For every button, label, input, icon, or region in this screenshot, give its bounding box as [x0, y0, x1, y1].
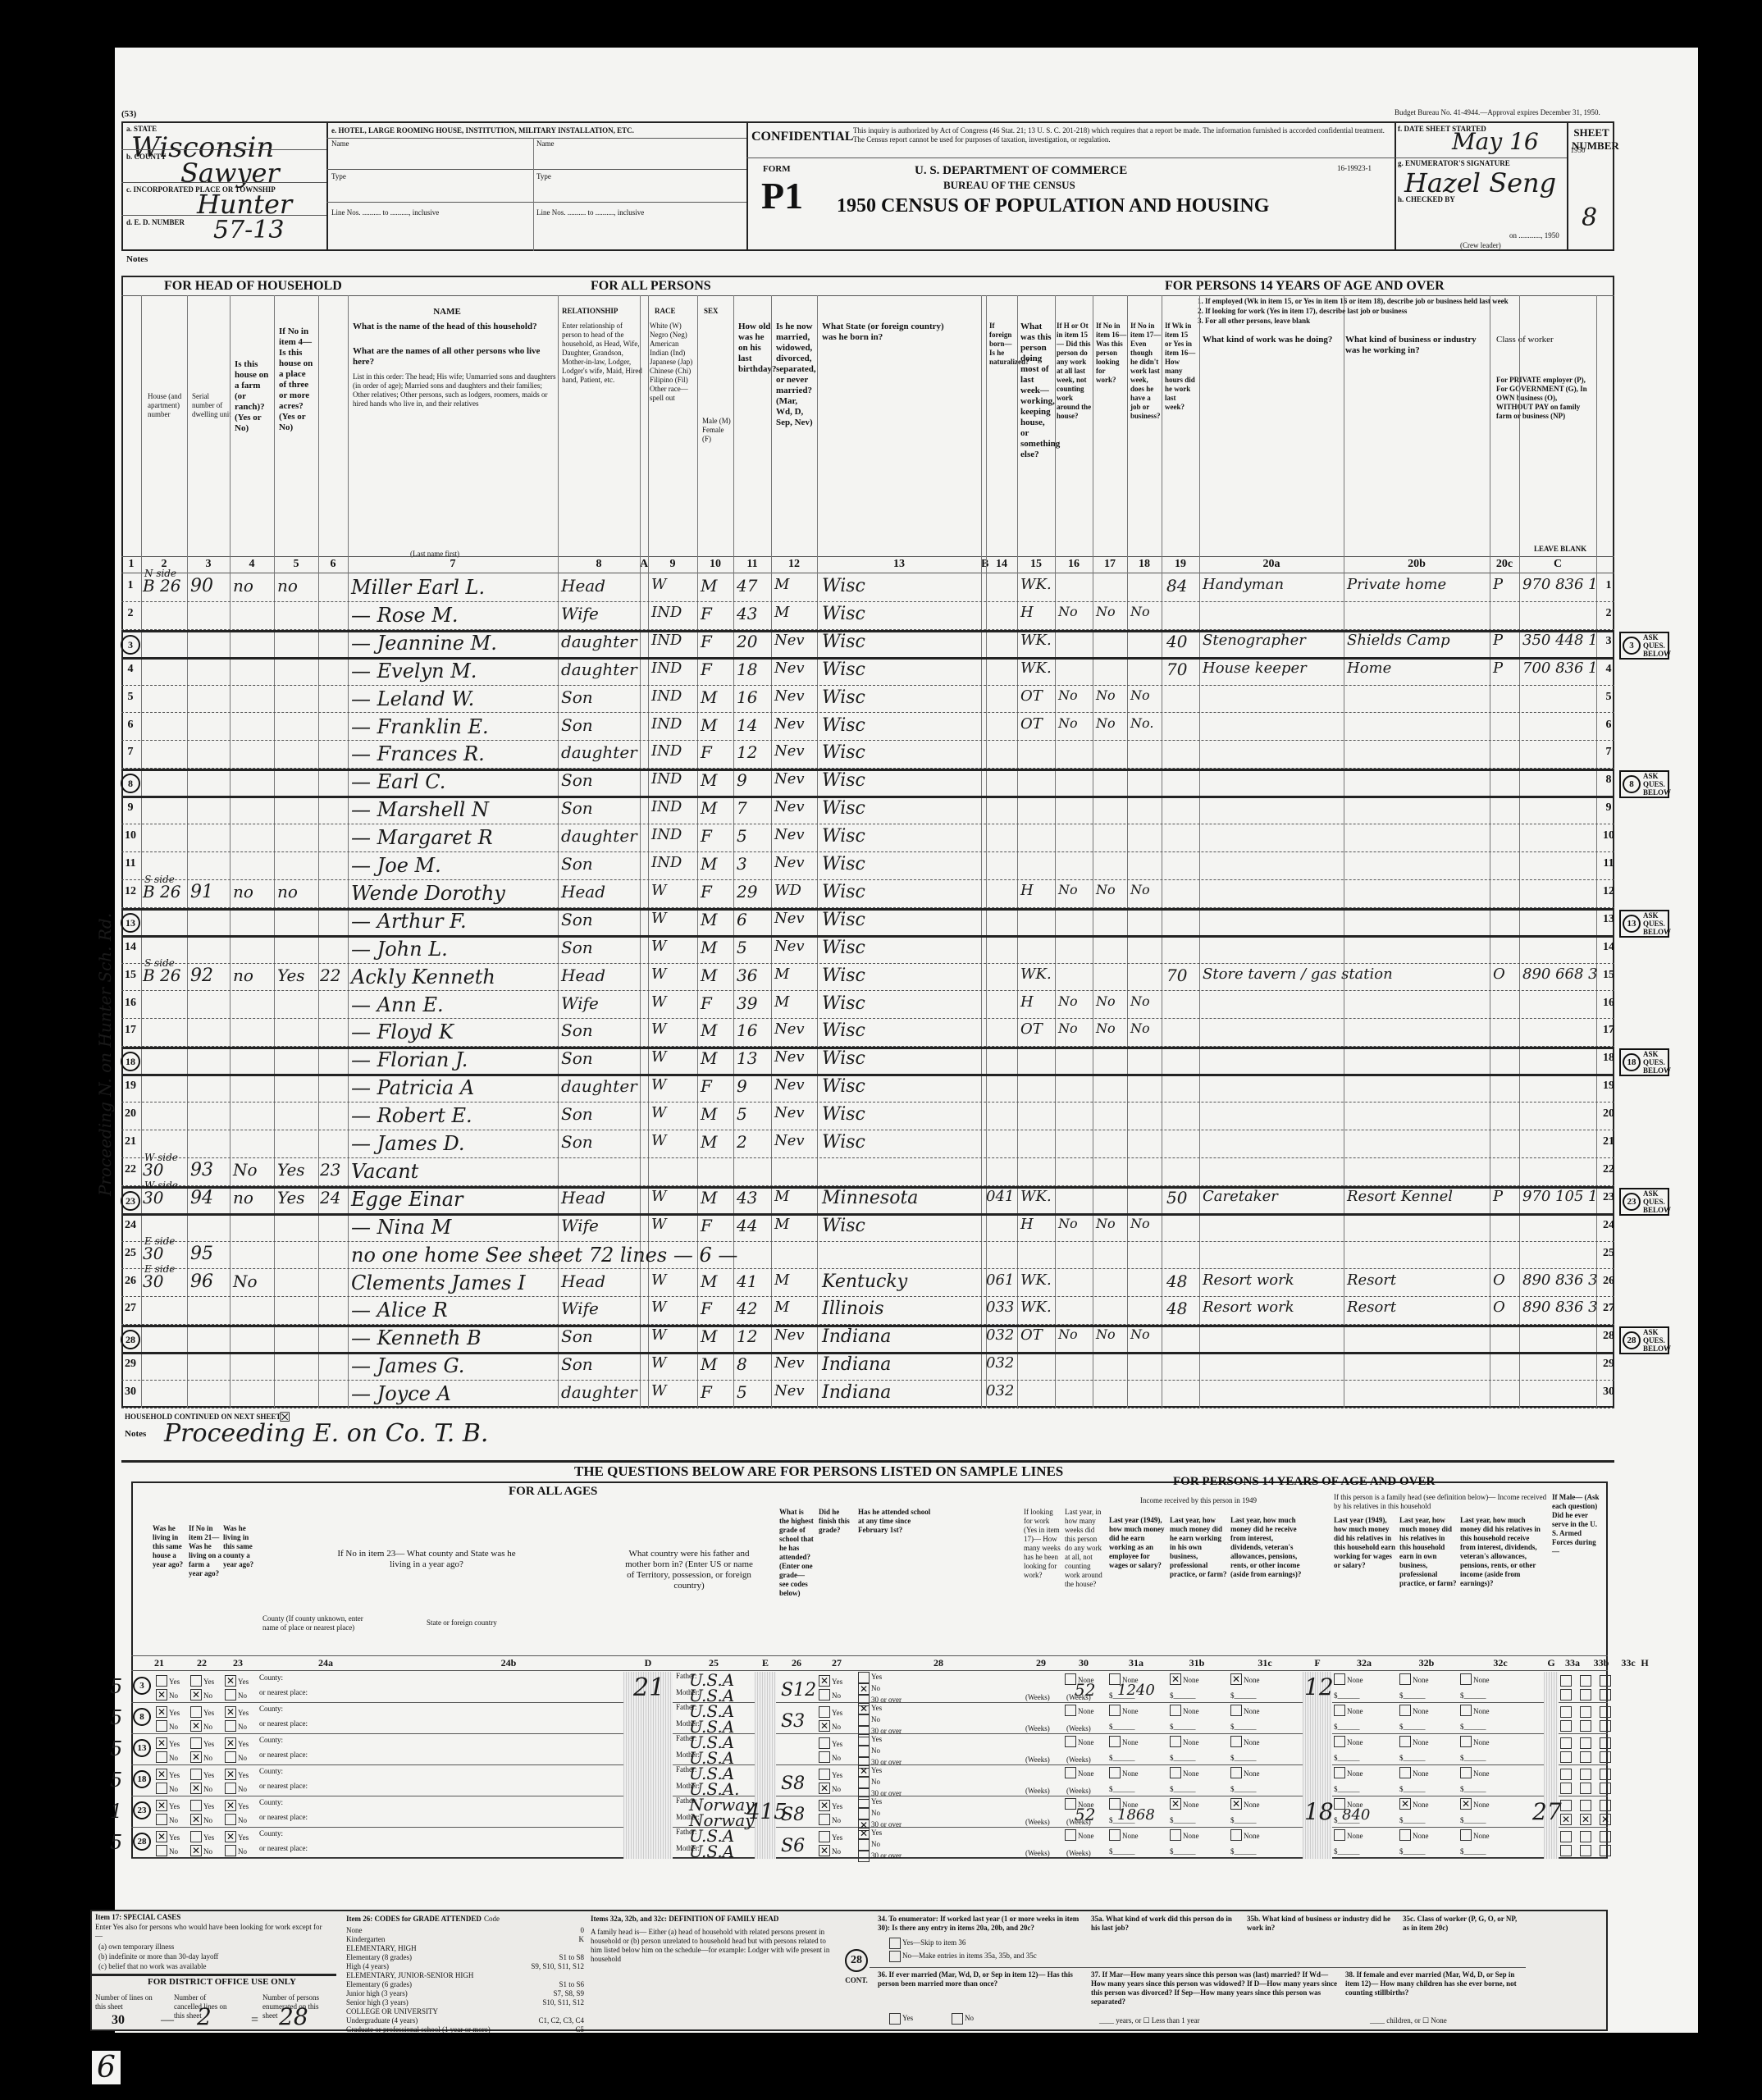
q21-yes[interactable]: ✕Yes — [156, 1798, 180, 1812]
cell-marital: Nev — [774, 632, 805, 649]
q23-checkboxes: ✕YesNo — [225, 1705, 252, 1732]
c32b-none-checkbox[interactable]: None — [1399, 1765, 1429, 1779]
c31a-none-checkbox[interactable]: None — [1109, 1734, 1139, 1748]
cell-marital: Nev — [774, 1354, 805, 1372]
q30-none[interactable]: None — [1065, 1734, 1098, 1749]
q22-no[interactable]: ✕No — [190, 1781, 212, 1795]
q30-none[interactable]: None — [1065, 1765, 1098, 1780]
nearest-place-label: or nearest place: — [259, 1688, 308, 1697]
cell-age: 5 — [737, 1382, 747, 1402]
cell-occ: Resort work — [1203, 1299, 1294, 1316]
q27-checkboxes: YesNo — [819, 1736, 846, 1764]
c31b-none[interactable]: None — [1170, 1703, 1203, 1718]
q30-none-checkbox[interactable]: None — [1065, 1765, 1094, 1779]
c31a-none-checkbox[interactable]: None — [1109, 1765, 1139, 1779]
q22-yes[interactable]: Yes — [190, 1767, 214, 1781]
c32b-none-checkbox[interactable]: None — [1399, 1734, 1429, 1748]
cell-q16: No — [1058, 687, 1078, 703]
c31b-none[interactable]: None — [1170, 1828, 1203, 1842]
grade-code-row: Elementary (6 grades)S1 to S6 — [346, 1980, 584, 1989]
q22-no[interactable]: ✕No — [190, 1719, 212, 1732]
c31b-none[interactable]: ✕None — [1170, 1672, 1203, 1687]
cell-sex: F — [701, 826, 712, 846]
cell-q15: WK. — [1020, 1188, 1052, 1205]
c32c-none[interactable]: None — [1460, 1734, 1493, 1749]
c32b-none[interactable]: None — [1399, 1703, 1432, 1718]
line-number: 18 — [120, 1052, 141, 1071]
q28-no[interactable]: No — [858, 1840, 880, 1848]
cell-age: 9 — [737, 1076, 747, 1096]
c31c-none[interactable]: None — [1230, 1734, 1263, 1749]
district-equals: = — [251, 2013, 258, 2028]
c32a-none[interactable]: None — [1334, 1828, 1367, 1842]
cell-rel: daughter — [561, 1382, 637, 1402]
line-number: 21 — [120, 1135, 141, 1148]
q34-yes-checkbox[interactable] — [889, 1938, 901, 1949]
c33b-no[interactable]: ✕ — [1580, 1815, 1593, 1823]
c33c-no[interactable]: ✕ — [1600, 1815, 1613, 1823]
c31a-none[interactable]: None — [1109, 1734, 1142, 1749]
c32c-none[interactable]: None — [1460, 1765, 1493, 1780]
c32c-none[interactable]: ✕None — [1460, 1796, 1493, 1811]
q28-yes[interactable]: ✕Yes — [858, 1828, 882, 1837]
line-number: 3 — [120, 635, 141, 655]
c32a-none[interactable]: None — [1334, 1703, 1367, 1718]
leave-blank-f — [1303, 1765, 1332, 1796]
line-number: 7 — [120, 746, 141, 759]
c33a-checkboxes — [1560, 1736, 1577, 1764]
c33b-yes[interactable] — [1580, 1833, 1593, 1840]
c32b-dollar: $______ — [1399, 1785, 1426, 1794]
cell-cls: P — [1493, 660, 1503, 677]
cell-acres: no — [277, 576, 298, 596]
c33a-no[interactable] — [1560, 1847, 1573, 1854]
sample-col-24a: County (If county unknown, enter name of… — [262, 1614, 377, 1632]
q21-checkboxes: Yes✕No — [156, 1673, 183, 1701]
c32a-none-checkbox[interactable]: None — [1334, 1765, 1363, 1779]
c32c-dollar: $______ — [1460, 1691, 1486, 1701]
cell-code: 890 836 3 — [1522, 1299, 1598, 1316]
q21-no[interactable]: No — [156, 1781, 178, 1795]
cell-marital: Nev — [774, 910, 805, 927]
q21-no[interactable]: No — [156, 1843, 178, 1857]
grade-code-label: None — [346, 1926, 363, 1935]
q23-no[interactable]: No — [225, 1687, 247, 1701]
leave-blank-e — [755, 1765, 776, 1796]
q23-no[interactable]: No — [225, 1781, 247, 1795]
col-marital: Is he now married, widowed, divorced, se… — [776, 322, 815, 428]
c31a-none-checkbox[interactable]: None — [1109, 1703, 1139, 1717]
q28-no[interactable]: No — [858, 1778, 880, 1786]
q23-yes[interactable]: ✕Yes — [225, 1705, 249, 1719]
cell-race: W — [651, 1382, 667, 1399]
c33b-yes[interactable] — [1580, 1677, 1593, 1684]
cell-age: 47 — [737, 576, 757, 596]
c31c-dollar: $______ — [1230, 1754, 1257, 1763]
cell-marital: Nev — [774, 715, 805, 733]
c33a-yes[interactable] — [1560, 1708, 1573, 1715]
c31b-none[interactable]: ✕None — [1170, 1796, 1203, 1811]
cell-ind: Resort — [1347, 1271, 1396, 1289]
c32c-none-checkbox[interactable]: None — [1460, 1672, 1490, 1686]
c32c-none-checkbox[interactable]: None — [1460, 1734, 1490, 1748]
c32a-none[interactable]: None — [1334, 1765, 1367, 1780]
q34-no-checkbox[interactable] — [889, 1951, 901, 1962]
q21-yes[interactable]: ✕Yes — [156, 1767, 180, 1781]
c33a-yes[interactable] — [1560, 1677, 1573, 1684]
c31b-none-checkbox[interactable]: ✕None — [1170, 1672, 1199, 1686]
q22-no[interactable]: ✕No — [190, 1687, 212, 1701]
table-row: 2525E side3095no one home See sheet 72 l… — [115, 1242, 1616, 1270]
family-head-text: A family head is— Either (a) head of hou… — [591, 1928, 837, 1964]
c33c-yes[interactable] — [1600, 1677, 1613, 1684]
q28-yes[interactable]: ✕Yes — [858, 1766, 882, 1774]
weeks-worked-label: (Weeks) — [1066, 1818, 1091, 1827]
c33c-no[interactable] — [1600, 1722, 1613, 1729]
c31b-none-checkbox[interactable]: None — [1170, 1765, 1199, 1779]
cell-q16: No — [1058, 882, 1078, 897]
bureau: BUREAU OF THE CENSUS — [943, 179, 1075, 192]
q36-yes[interactable]: Yes — [889, 2013, 913, 2025]
cell-q15: OT — [1020, 687, 1043, 705]
q23-checkboxes: ✕YesNo — [225, 1829, 252, 1857]
weeks-worked-label: (Weeks) — [1066, 1755, 1091, 1764]
q27-yes[interactable]: Yes — [819, 1736, 842, 1750]
q38-text: 38. If female and ever married (Mar, Wd,… — [1345, 1970, 1518, 1997]
c31c-none[interactable]: ✕None — [1230, 1796, 1263, 1811]
q36-yes-checkbox[interactable] — [889, 2013, 901, 2025]
c32c-none[interactable]: None — [1460, 1828, 1493, 1842]
c33c-yes[interactable] — [1600, 1739, 1613, 1746]
q34-yes[interactable]: Yes—Skip to item 36 — [889, 1938, 965, 1949]
cell-age: 16 — [737, 687, 757, 707]
cell-code: 970 836 1 — [1522, 576, 1598, 593]
c33a-checkboxes — [1560, 1767, 1577, 1795]
c32c-dollar: $______ — [1460, 1754, 1486, 1763]
q27-yes[interactable]: Yes — [819, 1829, 842, 1843]
cell-birthplace: Wisc — [822, 826, 865, 847]
c32a-none-checkbox[interactable]: None — [1334, 1734, 1363, 1748]
c31b-none-checkbox[interactable]: ✕None — [1170, 1796, 1199, 1810]
q27-no[interactable]: ✕No — [819, 1843, 841, 1857]
c33c-checkboxes — [1600, 1673, 1616, 1701]
cell-age: 6 — [737, 910, 747, 929]
c31c-none[interactable]: ✕None — [1230, 1672, 1263, 1687]
q21-yes[interactable]: ✕Yes — [156, 1736, 180, 1750]
sample-row: 123✕YesNoYes✕No✕YesNoCounty:or nearest p… — [115, 1796, 1616, 1828]
cell-sex: F — [701, 632, 712, 651]
c32a-none[interactable]: None — [1334, 1672, 1367, 1687]
c32b-none[interactable]: None — [1399, 1734, 1432, 1749]
q27-no[interactable]: ✕No — [819, 1781, 841, 1795]
c33b-no[interactable] — [1580, 1691, 1593, 1698]
highest-grade: S3 — [781, 1711, 805, 1732]
q22-yes[interactable]: Yes — [190, 1798, 214, 1812]
ask-questions-marker: 18ASK QUES. BELOW — [1619, 1048, 1669, 1076]
c31c-none-checkbox[interactable]: None — [1230, 1765, 1260, 1779]
q23-no[interactable]: No — [225, 1843, 247, 1857]
c33b-yes[interactable] — [1580, 1801, 1593, 1809]
q30-none-checkbox[interactable]: None — [1065, 1734, 1094, 1748]
c33a-yes[interactable] — [1560, 1770, 1573, 1778]
c32b-none[interactable]: None — [1399, 1672, 1432, 1687]
q23-no[interactable]: No — [225, 1750, 247, 1764]
c33a-no[interactable]: ✕ — [1560, 1815, 1573, 1823]
cell-q18: No — [1130, 687, 1150, 703]
cell-rel: Head — [561, 966, 605, 985]
q28-no[interactable]: ✕No — [858, 1684, 880, 1692]
q37-answer[interactable]: ____ years, or ☐ Less than 1 year — [1099, 2016, 1200, 2025]
c33b-yes[interactable] — [1580, 1708, 1593, 1715]
cell-birthplace: Wisc — [822, 1132, 865, 1153]
cell-marital: Nev — [774, 1020, 805, 1038]
sample-column-number: 21 — [135, 1657, 184, 1669]
q36-no[interactable]: No — [952, 2013, 974, 2025]
c32b-none-checkbox[interactable]: ✕None — [1399, 1796, 1429, 1810]
sample-col-24: If No in item 23— What county and State … — [328, 1549, 525, 1570]
c32c-none[interactable]: None — [1460, 1672, 1493, 1687]
q28-yes[interactable]: Yes — [858, 1797, 882, 1806]
c31c-none-checkbox[interactable]: None — [1230, 1828, 1260, 1842]
q23-no[interactable]: No — [225, 1719, 247, 1732]
cell-code: 970 105 1 — [1522, 1188, 1598, 1205]
q34-no[interactable]: No—Make entries in items 35a, 35b, and 3… — [889, 1951, 1037, 1962]
c32b-none-checkbox[interactable]: None — [1399, 1703, 1429, 1717]
cell-sex: M — [701, 1048, 717, 1068]
q28-yes[interactable]: ✕Yes — [858, 1704, 882, 1712]
c31b-dollar: $______ — [1170, 1847, 1196, 1856]
c32c-none-checkbox[interactable]: None — [1460, 1765, 1490, 1779]
c33c-no[interactable] — [1600, 1691, 1613, 1698]
c32b-none[interactable]: None — [1399, 1828, 1432, 1842]
column-number: 9 — [648, 558, 697, 571]
c33b-yes[interactable] — [1580, 1739, 1593, 1746]
c31a-none[interactable]: None — [1109, 1828, 1142, 1842]
q28-30-or-over[interactable]: 30 or over — [858, 1851, 902, 1860]
c33a-no[interactable] — [1560, 1784, 1573, 1792]
q30-none[interactable]: None — [1065, 1828, 1098, 1842]
cell-nat: 033 — [986, 1299, 1014, 1316]
c32b-none[interactable]: ✕None — [1399, 1796, 1432, 1811]
work-instruction-1: 1. If employed (Wk in item 15, or Yes in… — [1198, 297, 1509, 306]
q23-yes[interactable]: ✕Yes — [225, 1767, 249, 1781]
c33c-yes[interactable] — [1600, 1833, 1613, 1840]
cell-race: W — [651, 1271, 667, 1289]
table-row: 99— Marshell NSonINDM7NevWisc — [115, 797, 1616, 824]
c31a-dollar: $______ — [1109, 1785, 1135, 1794]
grade-code-row: Graduate or professional school (1 year … — [346, 2025, 584, 2034]
q23-yes[interactable]: ✕Yes — [225, 1673, 249, 1687]
column-number: 20a — [1199, 558, 1344, 571]
c32a-none-checkbox[interactable]: None — [1334, 1828, 1363, 1842]
q22-no[interactable]: ✕No — [190, 1843, 212, 1857]
c33a-no[interactable] — [1560, 1691, 1573, 1698]
column-number: 15 — [1017, 558, 1055, 571]
c32c-none[interactable]: None — [1460, 1703, 1493, 1718]
c33c-no[interactable] — [1600, 1753, 1613, 1760]
c32b-dollar: $______ — [1399, 1816, 1426, 1825]
c31c-none[interactable]: None — [1230, 1703, 1263, 1718]
c33c-checkboxes — [1600, 1829, 1616, 1857]
c33c-yes[interactable] — [1600, 1770, 1613, 1778]
q28-no[interactable]: No — [858, 1746, 880, 1755]
date-value: May 16 — [1452, 128, 1539, 155]
c32c-none-checkbox[interactable]: None — [1460, 1828, 1490, 1842]
q21-no[interactable]: No — [156, 1719, 178, 1732]
q27-no[interactable]: No — [819, 1687, 841, 1701]
c31b-none[interactable]: None — [1170, 1734, 1203, 1749]
c32c-none-checkbox[interactable]: ✕None — [1460, 1796, 1490, 1810]
q23-yes[interactable]: ✕Yes — [225, 1829, 249, 1843]
c32a-none-checkbox[interactable]: None — [1334, 1703, 1363, 1717]
cell-acres: no — [277, 882, 298, 902]
c33a-yes[interactable] — [1560, 1833, 1573, 1840]
sample-column-number: F — [1303, 1657, 1332, 1669]
table-row: 1414— John L.SonWM5NevWisc — [115, 936, 1616, 964]
c33a-no[interactable] — [1560, 1722, 1573, 1729]
highest-grade: S8 — [781, 1774, 805, 1794]
c31b-none-checkbox[interactable]: None — [1170, 1734, 1199, 1748]
line-number: 10 — [120, 829, 141, 842]
c33c-no[interactable] — [1600, 1847, 1613, 1854]
line-number-right: 10 — [1598, 829, 1619, 842]
c33b-checkboxes — [1580, 1829, 1596, 1857]
cell-q15: OT — [1020, 1326, 1043, 1344]
q21-yes[interactable]: Yes — [156, 1673, 180, 1687]
c33b-no[interactable] — [1580, 1784, 1593, 1792]
c33a-yes[interactable] — [1560, 1739, 1573, 1746]
q22-yes[interactable]: Yes — [190, 1673, 214, 1687]
special-cases-text: Enter Yes also for persons who would hav… — [95, 1923, 325, 1941]
sample-column-number: 30 — [1061, 1657, 1106, 1669]
q21-no[interactable]: No — [156, 1812, 178, 1826]
c31a-none[interactable]: None — [1109, 1765, 1142, 1780]
q23-yes[interactable]: ✕Yes — [225, 1736, 249, 1750]
c32b-none-checkbox[interactable]: None — [1399, 1828, 1429, 1842]
c31c-none[interactable]: None — [1230, 1828, 1263, 1842]
line-number-right: 15 — [1598, 969, 1619, 982]
cell-rel: Son — [561, 1048, 593, 1068]
q22-no[interactable]: ✕No — [190, 1750, 212, 1764]
c31c-none-checkbox[interactable]: ✕None — [1230, 1796, 1260, 1810]
q23-yes[interactable]: ✕Yes — [225, 1798, 249, 1812]
c33a-no[interactable] — [1560, 1753, 1573, 1760]
q28-yes[interactable]: Yes — [858, 1673, 882, 1681]
cell-name: — Ann E. — [351, 993, 444, 1016]
cell-age: 16 — [737, 1020, 757, 1040]
q36-no-checkbox[interactable] — [952, 2013, 963, 2025]
q30-none-checkbox[interactable]: None — [1065, 1828, 1094, 1842]
q21-yes[interactable]: ✕Yes — [156, 1829, 180, 1843]
c31c-none-checkbox[interactable]: None — [1230, 1734, 1260, 1748]
q22-yes[interactable]: Yes — [190, 1829, 214, 1843]
sample-margin-mark: 1 — [110, 1800, 122, 1823]
q28-no[interactable]: No — [858, 1809, 880, 1817]
q21-yes[interactable]: ✕Yes — [156, 1705, 180, 1719]
q27-yes[interactable]: ✕Yes — [819, 1673, 842, 1687]
c33a-yes[interactable] — [1560, 1801, 1573, 1809]
cell-name: — Evelyn M. — [351, 660, 477, 682]
c31c-none-checkbox[interactable]: ✕None — [1230, 1672, 1260, 1686]
c32a-none[interactable]: None — [1334, 1734, 1367, 1749]
table-row: 1717— Floyd KSonWM16NevWiscOTNoNoNo — [115, 1019, 1616, 1047]
cell-sex: M — [701, 1020, 717, 1040]
column-number: 20c — [1490, 558, 1519, 571]
cell-sex: M — [701, 1326, 717, 1346]
c31b-none[interactable]: None — [1170, 1765, 1203, 1780]
work-instruction-3: 3. For all other persons, leave blank — [1198, 317, 1310, 326]
cell-nat: 032 — [986, 1354, 1014, 1372]
c31b-none-checkbox[interactable]: None — [1170, 1828, 1199, 1842]
c33b-yes[interactable] — [1580, 1770, 1593, 1778]
row-divider — [121, 1047, 1614, 1049]
c31b-none-checkbox[interactable]: None — [1170, 1703, 1199, 1717]
c31a-none-checkbox[interactable]: None — [1109, 1828, 1139, 1842]
cell-race: W — [651, 882, 667, 899]
q38-answer[interactable]: ____ children, or ☐ None — [1370, 2016, 1447, 2025]
sample-column-number: 32b — [1396, 1657, 1457, 1669]
c31c-none[interactable]: None — [1230, 1765, 1263, 1780]
q27-no[interactable]: No — [819, 1812, 841, 1826]
q22-checkboxes: Yes✕No — [190, 1736, 217, 1764]
cont-line-circle: 28 — [845, 1949, 868, 1972]
q27-checkboxes: Yes✕No — [819, 1829, 846, 1857]
cell-birthplace: Wisc — [822, 1104, 865, 1125]
cell-age: 36 — [737, 966, 757, 985]
cell-sex: M — [701, 798, 717, 818]
leave-blank-d — [623, 1796, 673, 1828]
c32c-none-checkbox[interactable]: None — [1460, 1703, 1490, 1717]
q28-yes[interactable]: Yes — [858, 1735, 882, 1743]
c31c-none-checkbox[interactable]: None — [1230, 1703, 1260, 1717]
q21-no[interactable]: ✕No — [156, 1687, 178, 1701]
q27-yes[interactable]: Yes — [819, 1767, 842, 1781]
c31a-none[interactable]: None — [1109, 1703, 1142, 1718]
q28-no[interactable]: No — [858, 1715, 880, 1723]
cell-q18: No — [1130, 604, 1150, 619]
cell-q17: No — [1096, 882, 1116, 897]
c33b-no[interactable] — [1580, 1847, 1593, 1854]
c32a-none-checkbox[interactable]: None — [1334, 1672, 1363, 1686]
c33c-yes[interactable] — [1600, 1801, 1613, 1809]
table-row: 1515S sideB 2692noYes22Ackly KennethHead… — [115, 964, 1616, 992]
q30-none-checkbox[interactable]: None — [1065, 1703, 1094, 1717]
q27-yes[interactable]: ✕Yes — [819, 1798, 842, 1812]
c33b-no[interactable] — [1580, 1753, 1593, 1760]
cell-birthplace: Wisc — [822, 882, 865, 902]
grade-code-row: Senior high (3 years)S10, S11, S12 — [346, 1998, 584, 2007]
q23-no[interactable]: No — [225, 1812, 247, 1826]
q21-no[interactable]: No — [156, 1750, 178, 1764]
q27-yes[interactable]: Yes — [819, 1705, 842, 1719]
q27-no[interactable]: ✕No — [819, 1719, 841, 1732]
c32b-none[interactable]: None — [1399, 1765, 1432, 1780]
q30-none[interactable]: None — [1065, 1703, 1098, 1718]
line-number: 22 — [120, 1163, 141, 1176]
sample-column-number: 33c — [1616, 1657, 1641, 1669]
cell-rel: Wife — [561, 1299, 599, 1318]
c33c-yes[interactable] — [1600, 1708, 1613, 1715]
c32b-none-checkbox[interactable]: None — [1399, 1672, 1429, 1686]
c33b-no[interactable] — [1580, 1722, 1593, 1729]
sample-family-header: If this person is a family head (see def… — [1334, 1493, 1547, 1511]
ask-questions-marker: 13ASK QUES. BELOW — [1619, 910, 1669, 938]
q27-no[interactable]: No — [819, 1750, 841, 1764]
q22-no[interactable]: ✕No — [190, 1812, 212, 1826]
q22-yes[interactable]: Yes — [190, 1705, 214, 1719]
c33c-no[interactable] — [1600, 1784, 1613, 1792]
q22-yes[interactable]: Yes — [190, 1736, 214, 1750]
